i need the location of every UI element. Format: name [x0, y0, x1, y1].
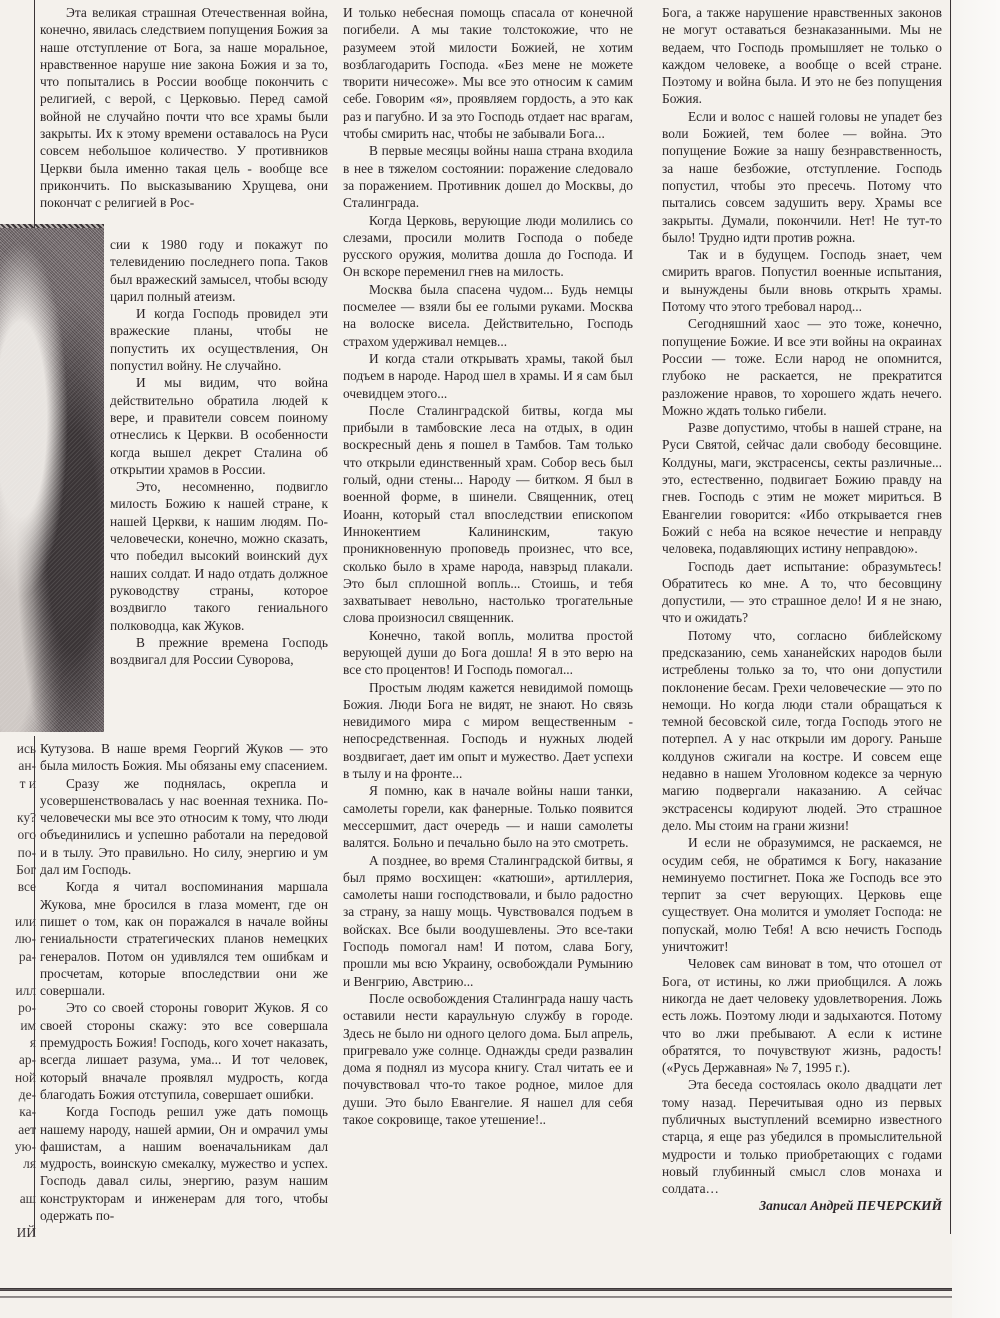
fragment-line: т и [0, 775, 36, 792]
paragraph: Человек сам виноват в том, что отошел от… [662, 955, 942, 1076]
paragraph: Когда я читал воспоминания маршала Жуков… [40, 878, 328, 999]
column-1-wrap: сии к 1980 году и покажут по телевидению… [110, 236, 328, 668]
newspaper-page: исьан-т и ку?огопо-Богвсе илилю-ра- иллр… [0, 0, 1000, 1318]
paragraph: И когда Господь провидел эти вражеские п… [110, 305, 328, 374]
column-1-upper: Эта великая страшная Отечественная война… [40, 4, 328, 212]
fragment-line [0, 1207, 36, 1224]
paragraph: В прежние времена Господь воздвигал для … [110, 634, 328, 669]
column-3: Бога, а также нарушение нравственных зак… [662, 4, 942, 1215]
fragment-line: все [0, 878, 36, 895]
paragraph: Так и в будущем. Господь знает, чем смир… [662, 246, 942, 315]
paragraph: Потому что, согласно библейскому предска… [662, 627, 942, 835]
paragraph: После Сталинградской битвы, когда мы при… [343, 402, 633, 627]
fragment-line [0, 896, 36, 913]
fragment-line: аш [0, 1190, 36, 1207]
fragment-line: Бог [0, 861, 36, 878]
paragraph: В первые месяцы войны наша страна входил… [343, 142, 633, 211]
fragment-line: лю- [0, 930, 36, 947]
paragraph: Когда Господь решил уже дать помощь наше… [40, 1103, 328, 1224]
column-divider-left-lower [34, 736, 35, 1236]
paragraph: Сразу же поднялась, окрепла и усовершенс… [40, 775, 328, 879]
fragment-line: илл [0, 982, 36, 999]
paragraph: Эта беседа состоялась около двадцати лет… [662, 1076, 942, 1197]
paragraph: Это со своей стороны говорит Жуков. Я со… [40, 999, 328, 1103]
fragment-line: де- [0, 1086, 36, 1103]
paragraph: Кутузова. В наше время Георгий Жуков — э… [40, 740, 328, 775]
author-signature: Записал Андрей ПЕЧЕРСКИЙ [662, 1197, 942, 1214]
fragment-line: ого [0, 826, 36, 843]
fragment-line: ись [0, 740, 36, 757]
paragraph: И только небесная помощь спасала от коне… [343, 4, 633, 142]
fragment-line [0, 1172, 36, 1189]
paragraph: И если не образумимся, не раскаемся, не … [662, 834, 942, 955]
fragment-line: им [0, 1017, 36, 1034]
paragraph: Когда Церковь, верующие люди молились со… [343, 212, 633, 281]
page-margin [952, 0, 1000, 1318]
fragment-line: я [0, 1034, 36, 1051]
paragraph: Это, несомненно, подвигло милость Божию … [110, 478, 328, 634]
paragraph: Господь дает испытание: образумьтесь! Об… [662, 558, 942, 627]
fragment-line: по- [0, 844, 36, 861]
fragment-line: ИЙ [0, 1224, 36, 1241]
paragraph: Простым людям кажется невидимой помощь Б… [343, 679, 633, 783]
paragraph: И когда стали открывать храмы, такой был… [343, 350, 633, 402]
paragraph: Разве допустимо, чтобы в нашей стране, н… [662, 419, 942, 557]
paragraph: Сегодняшний хаос — это тоже, конечно, по… [662, 315, 942, 419]
fragment-line [0, 965, 36, 982]
fragment-line: ает [0, 1121, 36, 1138]
bottom-rule [0, 1288, 952, 1291]
fragment-line: ан- [0, 757, 36, 774]
portrait-photo [0, 228, 104, 732]
fragment-line: или [0, 913, 36, 930]
column-divider-left [34, 0, 35, 228]
fragment-line: ар- [0, 1051, 36, 1068]
column-2: И только небесная помощь спасала от коне… [343, 4, 633, 1128]
paragraph: Бога, а также нарушение нравственных зак… [662, 4, 942, 108]
fragment-line: ка- [0, 1103, 36, 1120]
paragraph: А позднее, во время Сталинградской битвы… [343, 852, 633, 990]
paragraph: Если и волос с нашей головы не упадет бе… [662, 108, 942, 246]
bottom-rule-secondary [0, 1296, 952, 1298]
fragment-line: ной [0, 1069, 36, 1086]
fragment-line: ку? [0, 809, 36, 826]
fragment-line: ля [0, 1155, 36, 1172]
paragraph: Эта великая страшная Отечественная война… [40, 4, 328, 212]
adjacent-article-fragment: исьан-т и ку?огопо-Богвсе илилю-ра- иллр… [0, 740, 36, 1242]
paragraph: И мы видим, что война действительно обра… [110, 374, 328, 478]
fragment-line: ра- [0, 948, 36, 965]
paragraph: После освобождения Сталинграда нашу част… [343, 990, 633, 1128]
paragraph: Москва была спасена чудом... Будь немцы … [343, 281, 633, 350]
paragraph: Конечно, такой вопль, молитва простой ве… [343, 627, 633, 679]
paragraph: Я помню, как в начале войны наши танки, … [343, 782, 633, 851]
column-1-lower: Кутузова. В наше время Георгий Жуков — э… [40, 740, 328, 1224]
fragment-line: ую- [0, 1138, 36, 1155]
fragment-line [0, 792, 36, 809]
fragment-line: ро- [0, 999, 36, 1016]
column-divider-right [950, 0, 951, 1234]
paragraph: сии к 1980 году и покажут по телевидению… [110, 236, 328, 305]
